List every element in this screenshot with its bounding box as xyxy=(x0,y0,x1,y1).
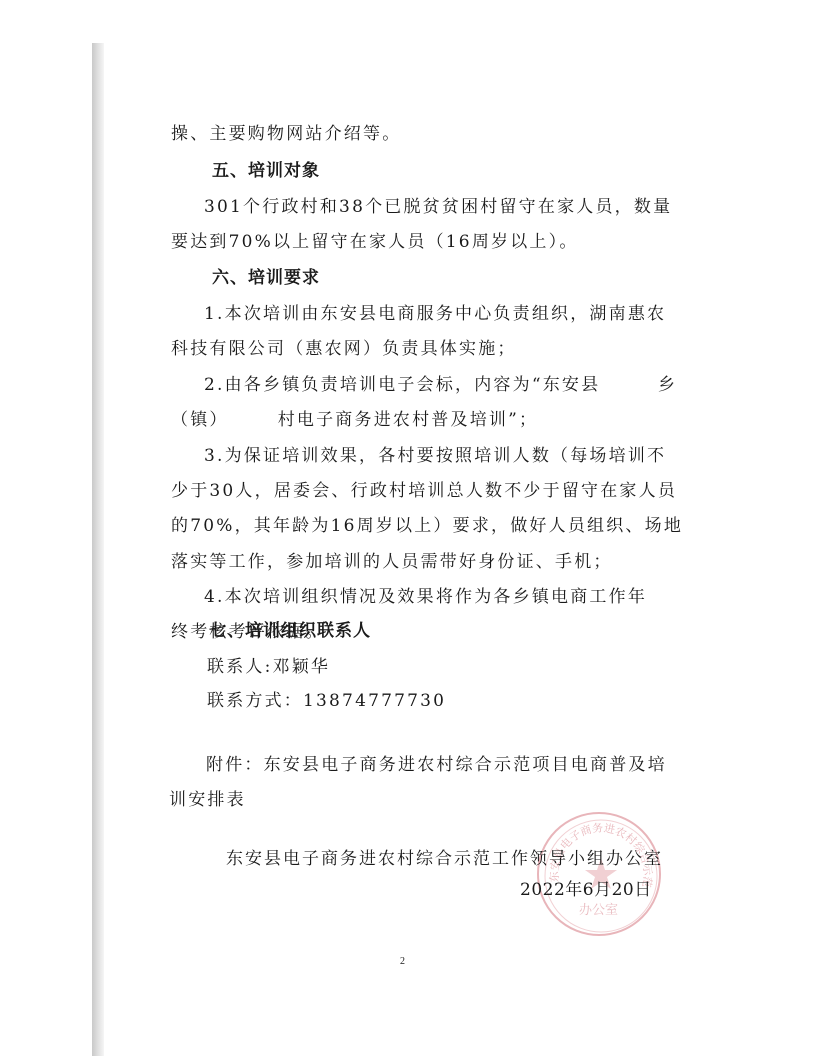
page-number: 2 xyxy=(400,956,405,967)
section-heading-6: 六、培训要求 xyxy=(212,267,320,289)
section-heading-5: 五、培训对象 xyxy=(212,160,320,182)
signature-organization: 东安县电子商务进农村综合示范工作领导小组办公室 xyxy=(226,848,663,870)
text-line: 科技有限公司（惠农网）负责具体实施； xyxy=(171,338,641,360)
contact-person-name: 邓颖华 xyxy=(273,657,331,677)
text-line: 要达到70%以上留守在家人员（16周岁以上）。 xyxy=(171,231,641,253)
svg-text:办公室: 办公室 xyxy=(579,902,618,918)
text-line: 少于30人，居委会、行政村培训总人数不少于留守在家人员 xyxy=(171,480,641,502)
document-page: 操、主要购物网站介绍等。 五、培训对象 301个行政村和38个已脱贫贫困村留守在… xyxy=(0,0,816,1056)
section-heading-7: 七、培训组织联系人 xyxy=(209,620,371,642)
contact-phone: 13874777730 xyxy=(303,691,446,711)
text-line: 4.本次培训组织情况及效果将作为各乡镇电商工作年 xyxy=(204,586,674,608)
text-line: 落实等工作，参加培训的人员需带好身份证、手机； xyxy=(171,551,641,573)
text-line: （镇） 村电子商务进农村普及培训”； xyxy=(171,409,641,431)
text-line: 2.由各乡镇负责培训电子会标，内容为“东安县 乡 xyxy=(204,374,674,396)
attachment-line-1: 附件：东安县电子商务进农村综合示范项目电商普及培 xyxy=(206,754,676,776)
text-line: 3.为保证培训效果，各村要按照培训人数（每场培训不 xyxy=(204,445,674,467)
text-line: 操、主要购物网站介绍等。 xyxy=(171,123,641,145)
official-seal-stamp: 东安县电子商务进农村综合示范工作领导小组 办公室 xyxy=(537,812,661,936)
text-line: 的70%，其年龄为16周岁以上）要求，做好人员组织、场地 xyxy=(171,515,641,537)
contact-person-label: 联系人: xyxy=(207,657,273,677)
text-line: 301个行政村和38个已脱贫贫困村留守在家人员，数量 xyxy=(204,196,674,218)
contact-method-label: 联系方式： xyxy=(207,691,303,711)
contact-person-line: 联系人:邓颖华 xyxy=(207,656,677,678)
text-line: 1.本次培训由东安县电商服务中心负责组织，湖南惠农 xyxy=(204,303,674,325)
contact-method-line: 联系方式：13874777730 xyxy=(207,690,677,712)
attachment-line-2: 训安排表 xyxy=(169,789,639,811)
seal-icon: 东安县电子商务进农村综合示范工作领导小组 办公室 xyxy=(539,814,663,938)
signature-date: 2022年6月20日 xyxy=(520,879,652,901)
